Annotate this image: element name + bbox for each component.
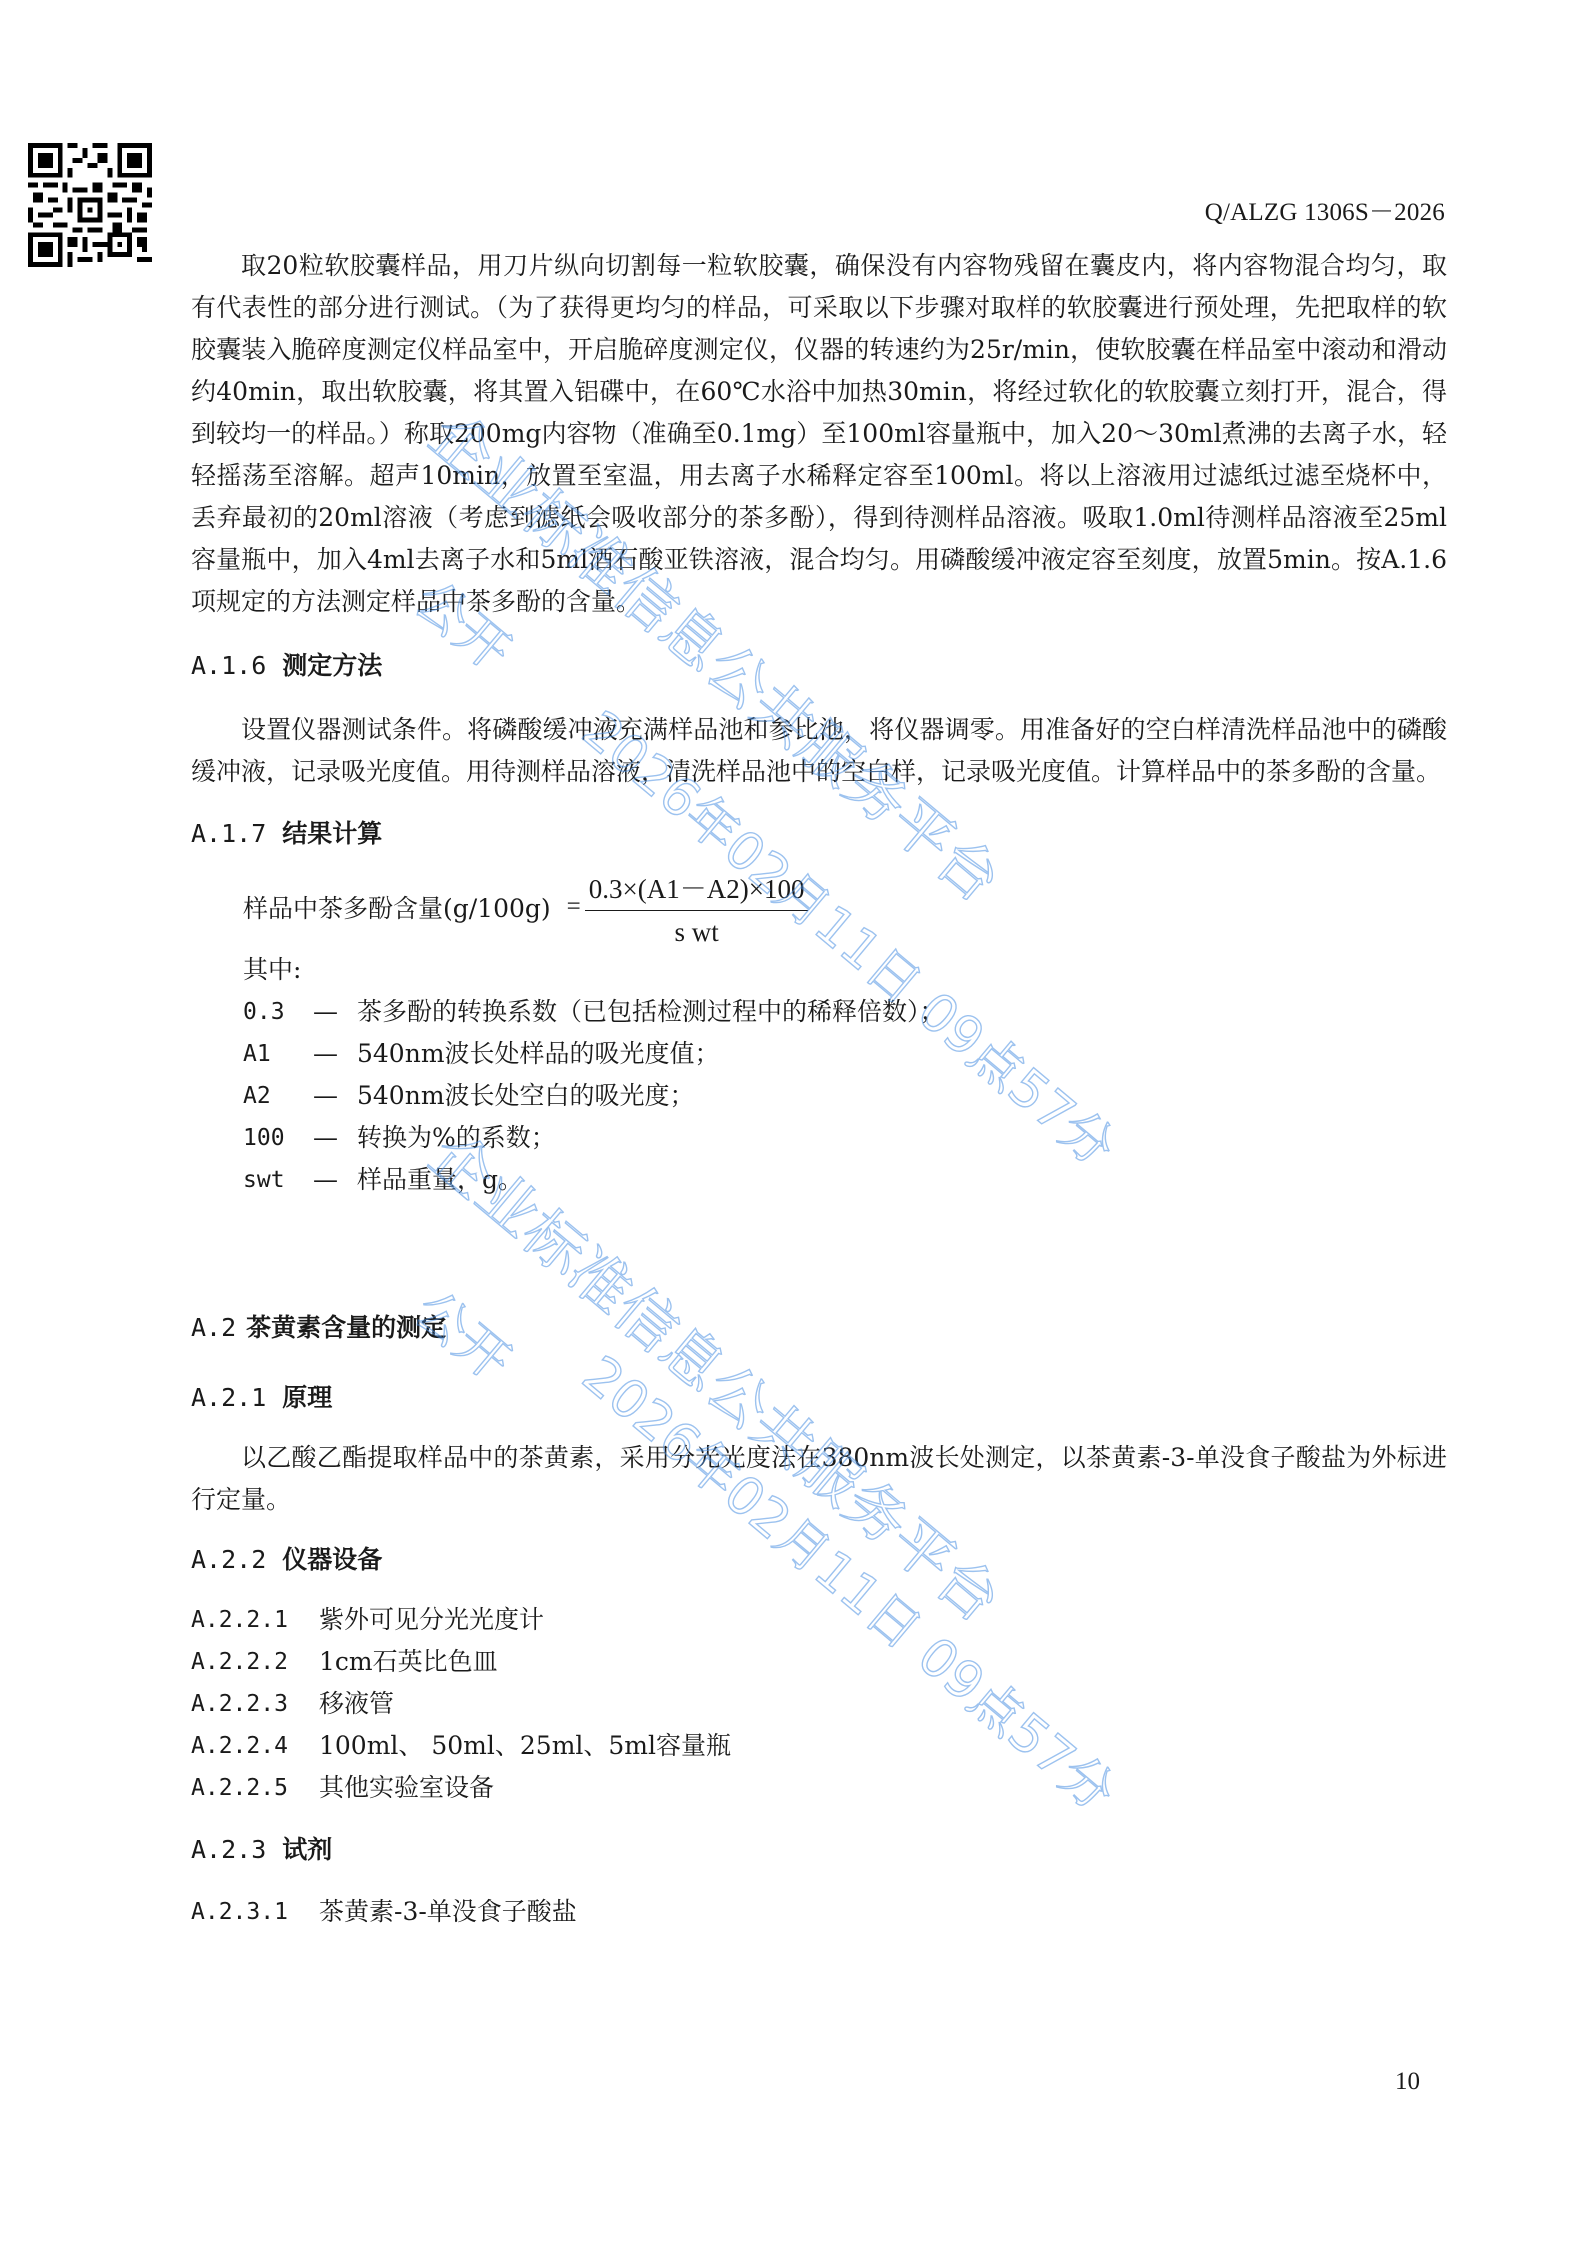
definition-dash: — [313,1033,357,1075]
section-title: 试剂 [282,1835,332,1864]
page-number: 10 [1395,2068,1420,2096]
definition-dash: — [313,1117,357,1159]
equipment-item: A.2.2.1 紫外可见分光光度计 [191,1599,1447,1641]
where-label: 其中: [243,949,1447,991]
document-code: Q/ALZG 1306S－2026 [1205,192,1445,228]
item-text: 移液管 [319,1683,394,1725]
item-code: A.2.2.4 [191,1725,319,1767]
equipment-item: A.2.2.3 移液管 [191,1683,1447,1725]
definition-row: 100 — 转换为%的系数； [243,1117,1447,1159]
section-heading-a-1-6: A.1.6测定方法 [191,645,1447,687]
section-number: A.1.7 [191,819,266,848]
item-text: 紫外可见分光光度计 [319,1599,544,1641]
equipment-list: A.2.2.1 紫外可见分光光度计 A.2.2.2 1cm石英比色皿 A.2.2… [191,1599,1447,1809]
document-body: 取20粒软胶囊样品，用刀片纵向切割每一粒软胶囊，确保没有内容物残留在囊皮内，将内… [191,245,1447,1933]
reagent-item: A.2.3.1 茶黄素-3-单没食子酸盐 [191,1891,1447,1933]
item-text: 100ml、 50ml、25ml、5ml容量瓶 [319,1725,731,1767]
sample-preparation-paragraph: 取20粒软胶囊样品，用刀片纵向切割每一粒软胶囊，确保没有内容物残留在囊皮内，将内… [191,245,1447,623]
definition-dash: — [313,1159,357,1201]
item-text: 其他实验室设备 [319,1767,494,1809]
definition-dash: — [313,991,357,1033]
definition-symbol: A2 [243,1075,313,1117]
equipment-item: A.2.2.5 其他实验室设备 [191,1767,1447,1809]
qr-code-icon [28,143,152,267]
definition-symbol: swt [243,1159,313,1201]
equipment-item: A.2.2.2 1cm石英比色皿 [191,1641,1447,1683]
section-number: A.2 [191,1313,236,1342]
definition-row: A2 — 540nm波长处空白的吸光度； [243,1075,1447,1117]
item-code: A.2.2.2 [191,1641,319,1683]
reagent-list: A.2.3.1 茶黄素-3-单没食子酸盐 [191,1891,1447,1933]
definition-text: 转换为%的系数； [357,1117,556,1159]
principle-paragraph: 以乙酸乙酯提取样品中的茶黄素，采用分光光度法在380nm波长处测定，以茶黄素-3… [191,1437,1447,1521]
definition-symbol: 0.3 [243,991,313,1033]
section-number: A.1.6 [191,651,266,680]
item-text: 1cm石英比色皿 [319,1641,498,1683]
definition-row: A1 — 540nm波长处样品的吸光度值； [243,1033,1447,1075]
section-number: A.2.2 [191,1545,266,1574]
measurement-method-paragraph: 设置仪器测试条件。将磷酸缓冲液充满样品池和参比池，将仪器调零。用准备好的空白样清… [191,709,1447,793]
section-title: 测定方法 [282,651,382,680]
section-number: A.2.1 [191,1383,266,1412]
item-code: A.2.2.1 [191,1599,319,1641]
formula-denominator: s wt [674,911,718,948]
variable-definitions: 0.3 — 茶多酚的转换系数（已包括检测过程中的稀释倍数）； A1 — 540n… [243,991,1447,1201]
definition-symbol: A1 [243,1033,313,1075]
item-code: A.2.2.3 [191,1683,319,1725]
definition-text: 540nm波长处空白的吸光度； [357,1075,695,1117]
section-title: 原理 [282,1383,332,1412]
definition-text: 样品重量，g。 [357,1159,523,1201]
section-heading-a-2-1: A.2.1原理 [191,1377,1447,1419]
section-number: A.2.3 [191,1835,266,1864]
section-heading-a-2-3: A.2.3试剂 [191,1829,1447,1871]
item-text: 茶黄素-3-单没食子酸盐 [319,1891,577,1933]
section-title: 茶黄素含量的测定 [246,1313,446,1342]
section-heading-a-2-2: A.2.2仪器设备 [191,1539,1447,1581]
formula-numerator: 0.3×(A1－A2)×100 [585,867,809,911]
definition-dash: — [313,1075,357,1117]
definition-text: 540nm波长处样品的吸光度值； [357,1033,720,1075]
formula-lhs: 样品中茶多酚含量(g/100g) [243,889,551,925]
item-code: A.2.3.1 [191,1891,319,1933]
definition-symbol: 100 [243,1117,313,1159]
definition-row: 0.3 — 茶多酚的转换系数（已包括检测过程中的稀释倍数）； [243,991,1447,1033]
section-title: 仪器设备 [282,1545,382,1574]
definition-row: swt — 样品重量，g。 [243,1159,1447,1201]
section-heading-a-1-7: A.1.7结果计算 [191,813,1447,855]
section-title: 结果计算 [282,819,382,848]
equipment-item: A.2.2.4 100ml、 50ml、25ml、5ml容量瓶 [191,1725,1447,1767]
formula-fraction: 0.3×(A1－A2)×100 s wt [585,867,809,948]
formula-equals: = [567,893,581,921]
item-code: A.2.2.5 [191,1767,319,1809]
section-heading-a-2: A.2茶黄素含量的测定 [191,1307,1447,1349]
definition-text: 茶多酚的转换系数（已包括检测过程中的稀释倍数）； [357,991,945,1033]
result-formula: 样品中茶多酚含量(g/100g) = 0.3×(A1－A2)×100 s wt [243,865,1447,949]
